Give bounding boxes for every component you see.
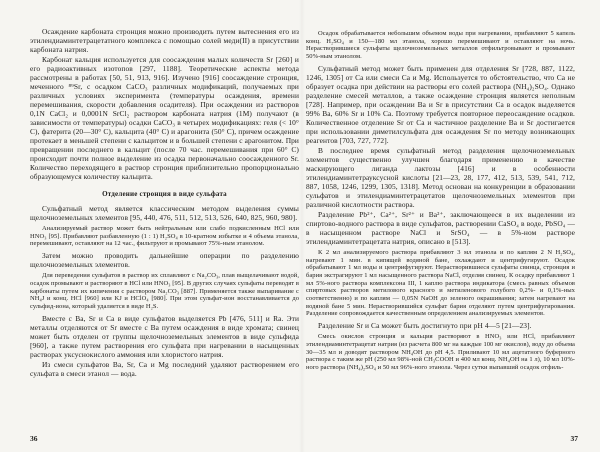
page-gutter bbox=[299, 0, 305, 452]
page-number: 36 bbox=[30, 434, 38, 443]
paragraph: Из смеси сульфатов Ba, Sr, Ca и Mg после… bbox=[30, 360, 299, 378]
left-page: Осаждение карбоната стронция можно произ… bbox=[30, 27, 299, 379]
paragraph-small-print: Осадок обрабатывается небольшим объемом … bbox=[306, 30, 575, 61]
paragraph-small-print: Анализируемый раствор может быть нейтрал… bbox=[30, 225, 299, 248]
paragraph: Сульфатный метод является классическим м… bbox=[30, 204, 299, 222]
paragraph: Затем можно проводить дальнейшие операци… bbox=[30, 251, 299, 269]
paragraph: В последнее время сульфатный метод разде… bbox=[306, 146, 575, 209]
paragraph: Разделение Pb²⁺, Ca²⁺, Sr²⁺ и Ba²⁺, закл… bbox=[306, 210, 575, 246]
page-number: 37 bbox=[571, 434, 579, 443]
paragraph: Осаждение карбоната стронция можно произ… bbox=[30, 27, 299, 54]
paragraph: Вместе с Ba, Sr и Ca в виде сульфатов вы… bbox=[30, 314, 299, 359]
paragraph: Разделение Sr и Ca может быть достигнуто… bbox=[306, 321, 575, 330]
right-page: Осадок обрабатывается небольшим объемом … bbox=[306, 27, 575, 375]
scanned-book-spread: Осаждение карбоната стронция можно произ… bbox=[0, 0, 600, 452]
paragraph: Карбонат кальция используется для соосаж… bbox=[30, 55, 299, 181]
paragraph-small-print: К 2 мл анализируемого раствора прибавляю… bbox=[306, 249, 575, 318]
paragraph: Сульфатный метод может быть применен для… bbox=[306, 64, 575, 145]
paragraph-small-print: Смесь окислов стронция и кальция раствор… bbox=[306, 333, 575, 372]
paragraph-small-print: Для переведения сульфатов в раствор их с… bbox=[30, 272, 299, 311]
section-heading: Отделение стронция в виде сульфата bbox=[30, 190, 299, 198]
